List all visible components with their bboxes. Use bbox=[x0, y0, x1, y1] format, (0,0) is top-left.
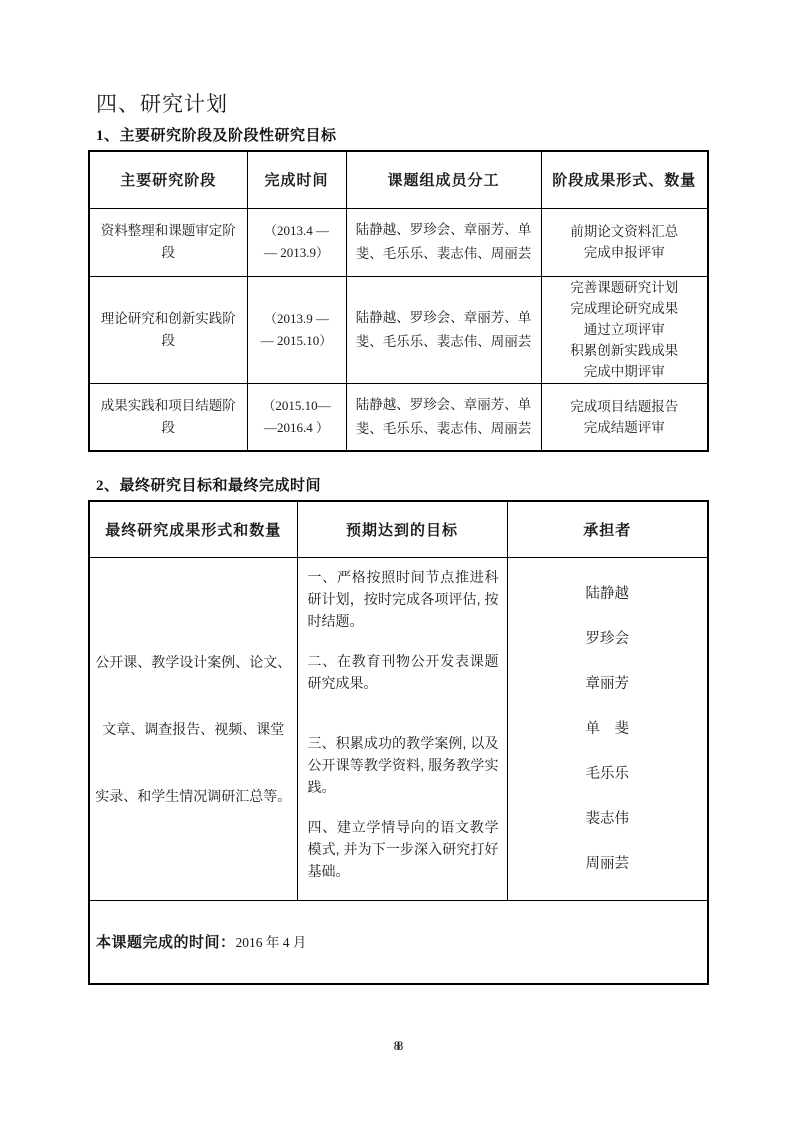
research-stages-table: 主要研究阶段 完成时间 课题组成员分工 阶段成果形式、数量 资料整理和课题审定阶… bbox=[88, 150, 709, 452]
document-page: 四、研究计划 1、主要研究阶段及阶段性研究目标 主要研究阶段 完成时间 课题组成… bbox=[0, 0, 794, 1123]
header-stage-results: 阶段成果形式、数量 bbox=[541, 151, 708, 208]
result-line: 通过立项评审 bbox=[542, 319, 708, 340]
section1-heading: 1、主要研究阶段及阶段性研究目标 bbox=[96, 124, 707, 145]
result-line: 积累创新实践成果 bbox=[542, 340, 708, 361]
page-content: 四、研究计划 1、主要研究阶段及阶段性研究目标 主要研究阶段 完成时间 课题组成… bbox=[0, 0, 794, 985]
completion-label: 本课题完成的时间： bbox=[96, 935, 236, 951]
results-cell: 完成项目结题报告 完成结题评审 bbox=[541, 383, 708, 451]
result-line: 完成结题评审 bbox=[542, 417, 708, 438]
page-number: 8 bbox=[0, 1038, 794, 1054]
forms-line: 公开课、教学设计案例、论文、 bbox=[92, 652, 295, 672]
undertaker-name: 裴志伟 bbox=[508, 809, 708, 829]
undertakers-cell: 陆静越 罗珍会 章丽芳 单 斐 毛乐乐 裴志伟 周丽芸 bbox=[507, 557, 708, 900]
result-line: 完善课题研究计划 bbox=[542, 277, 708, 298]
results-cell: 完善课题研究计划 完成理论研究成果 通过立项评审 积累创新实践成果 完成中期评审 bbox=[541, 276, 708, 383]
members-cell: 陆静越、罗珍会、章丽芳、单斐、毛乐乐、裴志伟、周丽芸 bbox=[346, 208, 541, 276]
time-line: — 2013.9） bbox=[248, 242, 346, 264]
undertaker-name: 单 斐 bbox=[508, 719, 708, 739]
section2-heading: 2、最终研究目标和最终完成时间 bbox=[96, 474, 707, 495]
time-line: （2015.10— bbox=[248, 395, 346, 417]
time-line: — 2015.10） bbox=[248, 330, 346, 352]
page-title: 四、研究计划 bbox=[96, 88, 707, 118]
undertaker-name: 周丽芸 bbox=[508, 854, 708, 874]
table-row: 成果实践和项目结题阶段 （2015.10— —2016.4 ） 陆静越、罗珍会、… bbox=[89, 383, 708, 451]
result-line: 完成申报评审 bbox=[542, 242, 708, 263]
header-member-division: 课题组成员分工 bbox=[346, 151, 541, 208]
final-forms-cell: 公开课、教学设计案例、论文、 文章、调查报告、视频、课堂 实录、和学生情况调研汇… bbox=[89, 557, 297, 900]
undertaker-name: 罗珍会 bbox=[508, 629, 708, 649]
time-cell: （2013.4 — — 2013.9） bbox=[247, 208, 346, 276]
expected-goals-cell: 一、严格按照时间节点推进科研计划，按时完成各项评估, 按时结题。 二、在教育刊物… bbox=[297, 557, 507, 900]
result-line: 完成中期评审 bbox=[542, 361, 708, 382]
header-completion-time: 完成时间 bbox=[247, 151, 346, 208]
undertaker-name: 毛乐乐 bbox=[508, 764, 708, 784]
stage-cell: 成果实践和项目结题阶段 bbox=[89, 383, 247, 451]
undertakers-list: 陆静越 罗珍会 章丽芳 单 斐 毛乐乐 裴志伟 周丽芸 bbox=[508, 566, 708, 892]
header-undertakers: 承担者 bbox=[507, 501, 708, 557]
completion-value: 2016 年 4 月 bbox=[236, 935, 307, 950]
goal-paragraph: 三、积累成功的教学案例, 以及公开课等教学资料, 服务教学实践。 bbox=[308, 732, 499, 798]
table-row: 理论研究和创新实践阶段 （2013.9 — — 2015.10） 陆静越、罗珍会… bbox=[89, 276, 708, 383]
result-line: 完成理论研究成果 bbox=[542, 298, 708, 319]
stage-cell: 资料整理和课题审定阶段 bbox=[89, 208, 247, 276]
members-cell: 陆静越、罗珍会、章丽芳、单斐、毛乐乐、裴志伟、周丽芸 bbox=[346, 383, 541, 451]
goal-paragraph: 四、建立学情导向的语文教学模式, 并为下一步深入研究打好基础。 bbox=[308, 816, 499, 882]
time-line: （2013.4 — bbox=[248, 220, 346, 242]
completion-cell: 本课题完成的时间：2016 年 4 月 bbox=[89, 900, 708, 984]
header-final-forms: 最终研究成果形式和数量 bbox=[89, 501, 297, 557]
final-forms-text: 公开课、教学设计案例、论文、 文章、调查报告、视频、课堂 实录、和学生情况调研汇… bbox=[90, 566, 297, 892]
header-expected-goals: 预期达到的目标 bbox=[297, 501, 507, 557]
time-line: —2016.4 ） bbox=[248, 417, 346, 439]
forms-line: 实录、和学生情况调研汇总等。 bbox=[92, 786, 295, 806]
goal-paragraph: 二、在教育刊物公开发表课题研究成果。 bbox=[308, 650, 499, 694]
time-line: （2013.9 — bbox=[248, 308, 346, 330]
table-row: 公开课、教学设计案例、论文、 文章、调查报告、视频、课堂 实录、和学生情况调研汇… bbox=[89, 557, 708, 900]
table-row: 资料整理和课题审定阶段 （2013.4 — — 2013.9） 陆静越、罗珍会、… bbox=[89, 208, 708, 276]
results-cell: 前期论文资料汇总 完成申报评审 bbox=[541, 208, 708, 276]
table-header-row: 主要研究阶段 完成时间 课题组成员分工 阶段成果形式、数量 bbox=[89, 151, 708, 208]
completion-row: 本课题完成的时间：2016 年 4 月 bbox=[89, 900, 708, 984]
stage-cell: 理论研究和创新实践阶段 bbox=[89, 276, 247, 383]
members-cell: 陆静越、罗珍会、章丽芳、单斐、毛乐乐、裴志伟、周丽芸 bbox=[346, 276, 541, 383]
forms-line: 文章、调查报告、视频、课堂 bbox=[92, 719, 295, 739]
header-main-stage: 主要研究阶段 bbox=[89, 151, 247, 208]
time-cell: （2013.9 — — 2015.10） bbox=[247, 276, 346, 383]
time-cell: （2015.10— —2016.4 ） bbox=[247, 383, 346, 451]
final-goals-table: 最终研究成果形式和数量 预期达到的目标 承担者 公开课、教学设计案例、论文、 文… bbox=[88, 500, 709, 985]
goal-paragraph: 一、严格按照时间节点推进科研计划，按时完成各项评估, 按时结题。 bbox=[308, 566, 499, 632]
result-line: 完成项目结题报告 bbox=[542, 396, 708, 417]
result-line: 前期论文资料汇总 bbox=[542, 221, 708, 242]
undertaker-name: 章丽芳 bbox=[508, 674, 708, 694]
undertaker-name: 陆静越 bbox=[508, 584, 708, 604]
table-header-row: 最终研究成果形式和数量 预期达到的目标 承担者 bbox=[89, 501, 708, 557]
